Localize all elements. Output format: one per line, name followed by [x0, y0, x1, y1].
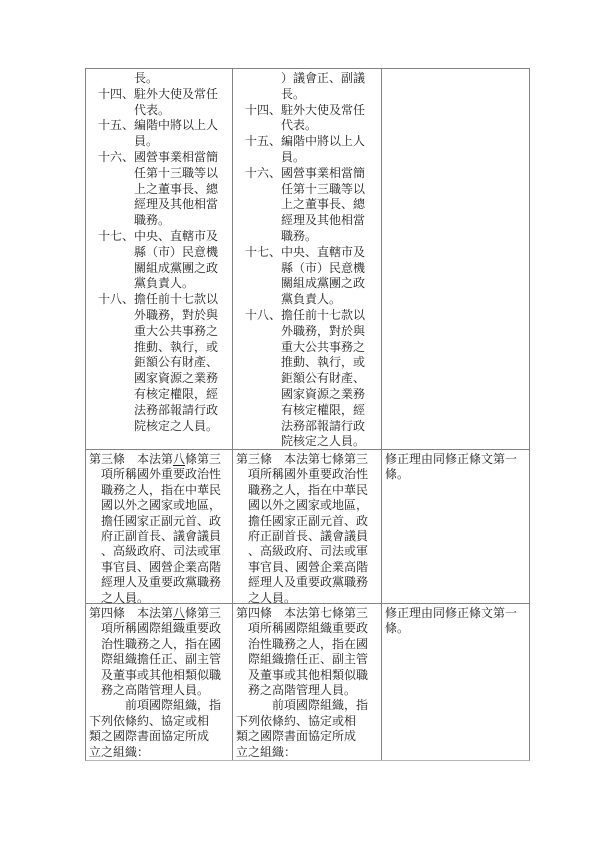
- text-line: 及董事或其他相類似職: [236, 668, 381, 683]
- text-line: 院核定之人員。: [245, 434, 381, 450]
- text-line: 院核定之人員。: [98, 419, 232, 435]
- text-line: 立之組織：: [89, 745, 232, 760]
- text-line: 經理及其他相當: [98, 197, 232, 213]
- text-line: 十七、中央、直轄市及: [245, 245, 381, 261]
- text-line: 鉅額公有財產、: [98, 355, 232, 371]
- text-line: 、高級政府、司法或軍: [89, 544, 232, 559]
- text-line: 之人員。: [236, 591, 381, 604]
- explanation-cell-continuation: [382, 69, 529, 450]
- text-line: 下列依條約、協定或相: [89, 714, 232, 729]
- text-line: 第三條 本法第八條第三: [89, 452, 232, 467]
- amended-text-cell-continuation: 長。十四、駐外大使及常任 代表。十五、編階中將以上人 員。十六、國營事業相當簡 …: [86, 69, 233, 450]
- text-line: 任第十三職等以: [98, 166, 232, 182]
- explanation-cell-article-4: 修正理由同修正條文第一條。: [382, 604, 529, 760]
- text-line: 修正理由同修正條文第一: [385, 606, 529, 621]
- text-line: 類之國際書面協定所成: [236, 729, 381, 744]
- text-line: 上之董事長、總: [245, 197, 381, 213]
- text-line: 任第十三職等以: [245, 182, 381, 198]
- text-line: 事官員、國營企業高階: [236, 560, 381, 575]
- current-text-cell-continuation: ）議會正、副議 長。十四、駐外大使及常任 代表。十五、編階中將以上人 員。十六、…: [233, 69, 382, 450]
- text-line: 推動、執行，或: [245, 355, 381, 371]
- text-line: 修正理由同修正條文第一: [385, 452, 529, 467]
- text-line: 及董事或其他相類似職: [89, 668, 232, 683]
- text-line: 十四、駐外大使及常任: [98, 87, 232, 103]
- text-line: 國以外之國家或地區，: [236, 498, 381, 513]
- text-line: 黨負責人。: [245, 292, 381, 308]
- text-line: 治性職務之人，指在國: [236, 637, 381, 652]
- text-line: 十八、擔任前十七款以: [98, 292, 232, 308]
- text-line: 、高級政府、司法或軍: [236, 544, 381, 559]
- text-line: 經理人及重要政黨職務: [89, 575, 232, 590]
- text-line: 長。: [245, 87, 381, 103]
- text-line: 第四條 本法第七條第三: [236, 606, 381, 621]
- text-line: 國家資源之業務: [98, 371, 232, 387]
- text-line: 職務。: [245, 229, 381, 245]
- text-line: 有核定權限，經: [245, 403, 381, 419]
- text-line: 條。: [385, 621, 529, 636]
- text-line: 際組織擔任正、副主管: [236, 652, 381, 667]
- text-line: 十六、國營事業相當簡: [245, 166, 381, 182]
- text-line: 前項國際組織，指: [236, 698, 381, 713]
- text-line: 際組織擔任正、副主管: [89, 652, 232, 667]
- text-line: 經理人及重要政黨職務: [236, 575, 381, 590]
- text-line: 務之高階管理人員。: [236, 683, 381, 698]
- text-line: 黨負責人。: [98, 276, 232, 292]
- text-line: 項所稱國際組織重要政: [89, 621, 232, 636]
- text-line: 推動、執行，或: [98, 340, 232, 356]
- current-text-cell-article-3: 第三條 本法第七條第三 項所稱國外重要政治性 職務之人，指在中華民 國以外之國家…: [233, 450, 382, 604]
- text-line: 項所稱國外重要政治性: [236, 467, 381, 482]
- text-line: 員。: [245, 150, 381, 166]
- text-line: ）議會正、副議: [245, 71, 381, 87]
- amended-text-cell-article-3: 第三條 本法第八條第三 項所稱國外重要政治性 職務之人，指在中華民 國以外之國家…: [86, 450, 233, 604]
- text-line: 職務。: [98, 213, 232, 229]
- text-line: 長。: [98, 71, 232, 87]
- text-line: 外職務，對於與: [245, 324, 381, 340]
- text-line: 十四、駐外大使及常任: [245, 103, 381, 119]
- text-line: 十六、國營事業相當簡: [98, 150, 232, 166]
- text-line: 之人員。: [89, 591, 232, 604]
- text-line: 代表。: [245, 118, 381, 134]
- text-line: 法務部報請行政: [98, 403, 232, 419]
- text-line: 外職務，對於與: [98, 308, 232, 324]
- text-line: 縣（市）民意機: [98, 245, 232, 261]
- text-line: 國以外之國家或地區，: [89, 498, 232, 513]
- text-line: 有核定權限，經: [98, 387, 232, 403]
- text-line: 國家資源之業務: [245, 387, 381, 403]
- text-line: 類之國際書面協定所成: [89, 729, 232, 744]
- text-line: 前項國際組織，指: [89, 698, 232, 713]
- text-line: 十五、編階中將以上人: [98, 118, 232, 134]
- text-line: 法務部報請行政: [245, 419, 381, 435]
- text-line: 職務之人，指在中華民: [236, 483, 381, 498]
- text-line: 上之董事長、總: [98, 182, 232, 198]
- text-line: 條。: [385, 467, 529, 482]
- text-line: 鉅額公有財產、: [245, 371, 381, 387]
- current-text-cell-article-4: 第四條 本法第七條第三 項所稱國際組織重要政 治性職務之人，指在國 際組織擔任正…: [233, 604, 382, 760]
- text-line: 治性職務之人，指在國: [89, 637, 232, 652]
- document-page: 長。十四、駐外大使及常任 代表。十五、編階中將以上人 員。十六、國營事業相當簡 …: [0, 0, 600, 849]
- text-line: 務之高階管理人員。: [89, 683, 232, 698]
- text-line: 第三條 本法第七條第三: [236, 452, 381, 467]
- text-line: 府正副首長、議會議員: [89, 529, 232, 544]
- text-line: 十七、中央、直轄市及: [98, 229, 232, 245]
- text-line: 十八、擔任前十七款以: [245, 308, 381, 324]
- text-line: 縣（市）民意機: [245, 261, 381, 277]
- text-line: 職務之人，指在中華民: [89, 483, 232, 498]
- text-line: 十五、編階中將以上人: [245, 134, 381, 150]
- text-line: 項所稱國外重要政治性: [89, 467, 232, 482]
- text-line: 項所稱國際組織重要政: [236, 621, 381, 636]
- text-line: 重大公共事務之: [245, 340, 381, 356]
- text-line: 府正副首長、議會議員: [236, 529, 381, 544]
- explanation-cell-article-3: 修正理由同修正條文第一條。: [382, 450, 529, 604]
- text-line: 重大公共事務之: [98, 324, 232, 340]
- text-line: 擔任國家正副元首、政: [236, 514, 381, 529]
- text-line: 關組成黨團之政: [245, 276, 381, 292]
- text-line: 經理及其他相當: [245, 213, 381, 229]
- amended-text-cell-article-4: 第四條 本法第八條第三 項所稱國際組織重要政 治性職務之人，指在國 際組織擔任正…: [86, 604, 233, 760]
- text-line: 代表。: [98, 103, 232, 119]
- text-line: 下列依條約、協定或相: [236, 714, 381, 729]
- text-line: 擔任國家正副元首、政: [89, 514, 232, 529]
- text-line: 員。: [98, 134, 232, 150]
- text-line: 關組成黨團之政: [98, 261, 232, 277]
- text-line: 第四條 本法第八條第三: [89, 606, 232, 621]
- law-comparison-table: 長。十四、駐外大使及常任 代表。十五、編階中將以上人 員。十六、國營事業相當簡 …: [85, 68, 530, 761]
- text-line: 立之組織：: [236, 745, 381, 760]
- text-line: 事官員、國營企業高階: [89, 560, 232, 575]
